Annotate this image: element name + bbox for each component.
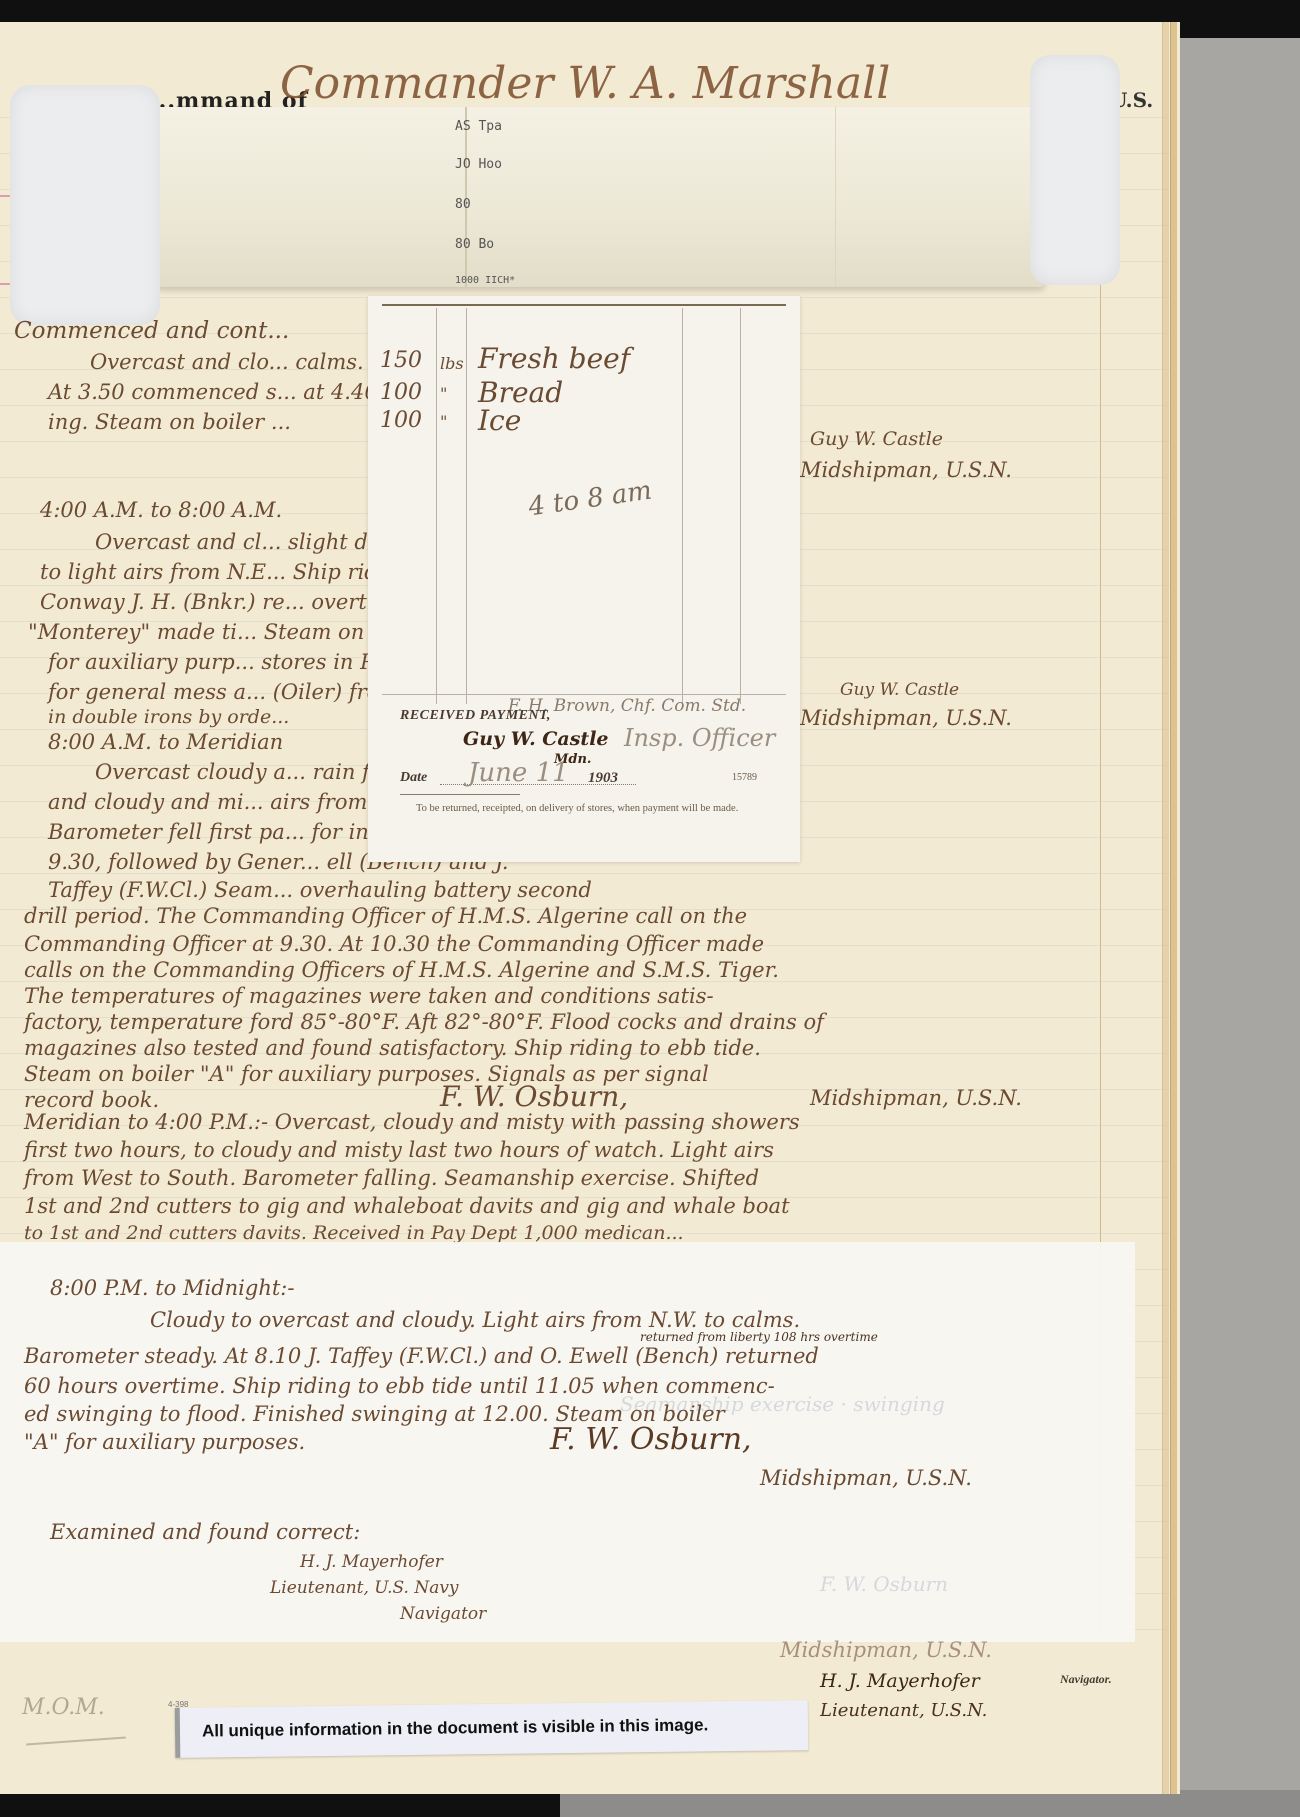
entry-line: factory, temperature ford 85°-80°F. Aft … (24, 1010, 824, 1034)
receipt-column-rule (682, 308, 683, 704)
backdrop-gray-bottom (560, 1790, 1300, 1817)
watch-heading: 4:00 A.M. to 8:00 A.M. (40, 498, 282, 522)
receipt-watch-note: 4 to 8 am (527, 476, 654, 523)
receipt-unit: " (440, 412, 447, 431)
watch-heading: 8:00 P.M. to Midnight:- (50, 1276, 294, 1300)
backdrop-gray (1170, 38, 1300, 1798)
commissary-receipt: 150 lbs Fresh beef 100 " Bread 100 " Ice… (368, 296, 800, 862)
receipt-unit: " (440, 384, 447, 403)
bottom-signature: H. J. Mayerhofer (820, 1670, 980, 1692)
cloth-weight-left (10, 85, 160, 325)
entry-line: first two hours, to cloudy and misty las… (24, 1138, 774, 1162)
receipt-column-rule (436, 308, 437, 704)
navigator-rank: Lieutenant, U.S. Navy (270, 1578, 459, 1598)
watch-officer-title: Midshipman, U.S.N. (760, 1466, 972, 1490)
entry-line: record book. (24, 1088, 159, 1112)
page-edge (1170, 22, 1177, 1794)
watch-officer-signature: F. W. Osburn, (440, 1080, 628, 1113)
cloth-weight-right (1030, 55, 1120, 285)
receipt-top-rule (382, 304, 786, 306)
watch-officer-title: Midshipman, U.S.N. (810, 1086, 1022, 1110)
typed-fragment: 1000 IICH* (455, 275, 515, 286)
entry-line: in double irons by orde... (48, 706, 289, 728)
receipt-column-rule (740, 308, 741, 704)
navigator-signature: H. J. Mayerhofer (300, 1552, 443, 1572)
roll-seam (835, 107, 836, 287)
commander-signature: Commander W. A. Marshall (280, 58, 890, 109)
entry-line: Cloudy to overcast and cloudy. Light air… (150, 1308, 800, 1332)
entry-line: "A" for auxiliary purposes. (24, 1430, 305, 1454)
entry-line: to 1st and 2nd cutters davits. Received … (24, 1222, 684, 1244)
receipt-item: Ice (478, 404, 521, 437)
typed-fragment: AS Tpa (455, 119, 502, 134)
bottom-rank: Lieutenant, U.S.N. (820, 1700, 987, 1721)
receipt-qty: 150 (380, 348, 422, 373)
watch-officer-signature: Guy W. Castle (840, 680, 959, 700)
typed-fragment: 80 Bo (455, 237, 494, 252)
watch-officer-title: Midshipman, U.S.N. (800, 706, 1012, 730)
receipt-form-number: 15789 (732, 772, 757, 783)
date-year: 1903 (588, 770, 618, 787)
ghost-text: F. W. Osburn (820, 1572, 948, 1596)
rolled-sheet: AS Tpa JO Hoo 80 80 Bo 1000 IICH* (155, 107, 1045, 287)
printed-navigator-label: Navigator. (1060, 1672, 1112, 1687)
entry-line: Commanding Officer at 9.30. At 10.30 the… (24, 932, 764, 956)
date-label: Date (400, 770, 427, 786)
receipt-unit: lbs (440, 354, 464, 373)
entry-line: 1st and 2nd cutters to gig and whaleboat… (24, 1194, 790, 1218)
entry-line: Barometer steady. At 8.10 J. Taffey (F.W… (24, 1344, 819, 1368)
receipt-item: Fresh beef (478, 342, 630, 375)
typed-fragment: 80 (455, 197, 471, 212)
faded-title: Midshipman, U.S.N. (780, 1638, 992, 1662)
entry-line: 60 hours overtime. Ship riding to ebb ti… (24, 1374, 775, 1398)
watch-officer-signature: Guy W. Castle (810, 428, 943, 450)
typed-fragment: JO Hoo (455, 157, 502, 172)
interlinear-note: returned from liberty 108 hrs overtime (640, 1330, 878, 1344)
inspection-officer-title: Insp. Officer (624, 724, 775, 752)
entry-line: drill period. The Commanding Officer of … (24, 904, 747, 928)
receipt-fine-print: To be returned, receipted, on delivery o… (400, 802, 780, 815)
page-edge (1162, 22, 1169, 1794)
receipt-column-rule (466, 308, 467, 704)
receiver-signature: Guy W. Castle (463, 728, 609, 750)
entry-line: magazines also tested and found satisfac… (24, 1036, 761, 1060)
entry-line: from West to South. Barometer falling. S… (24, 1166, 759, 1190)
watch-officer-signature: F. W. Osburn, (550, 1422, 752, 1457)
entry-line: Taffey (F.W.Cl.) Seam... overhauling bat… (48, 878, 592, 902)
receipt-qty: 100 (380, 408, 422, 433)
receipt-qty: 100 (380, 380, 422, 405)
pencil-initials: M.O.M. (22, 1695, 105, 1720)
entry-line: calls on the Commanding Officers of H.M.… (24, 958, 779, 982)
entry-line: The temperatures of magazines were taken… (24, 984, 714, 1008)
watch-heading: 8:00 A.M. to Meridian (48, 730, 283, 754)
date-value: June 11 (468, 758, 569, 788)
receipt-underline (400, 794, 520, 795)
archival-notice-sticker: All unique information in the document i… (175, 1700, 809, 1758)
entry-line: Meridian to 4:00 P.M.:- Overcast, cloudy… (24, 1110, 800, 1134)
entry-line: ing. Steam on boiler ... (48, 410, 291, 434)
certification-text: Examined and found correct: (50, 1520, 360, 1544)
watch-officer-title: Midshipman, U.S.N. (800, 458, 1012, 482)
receipt-bottom-rule (382, 694, 786, 695)
archival-notice-text: All unique information in the document i… (202, 1715, 708, 1741)
navigator-role: Navigator (400, 1604, 486, 1624)
entry-line: Commenced and cont... (14, 318, 289, 344)
received-payment-label: RECEIVED PAYMENT, (400, 708, 551, 724)
